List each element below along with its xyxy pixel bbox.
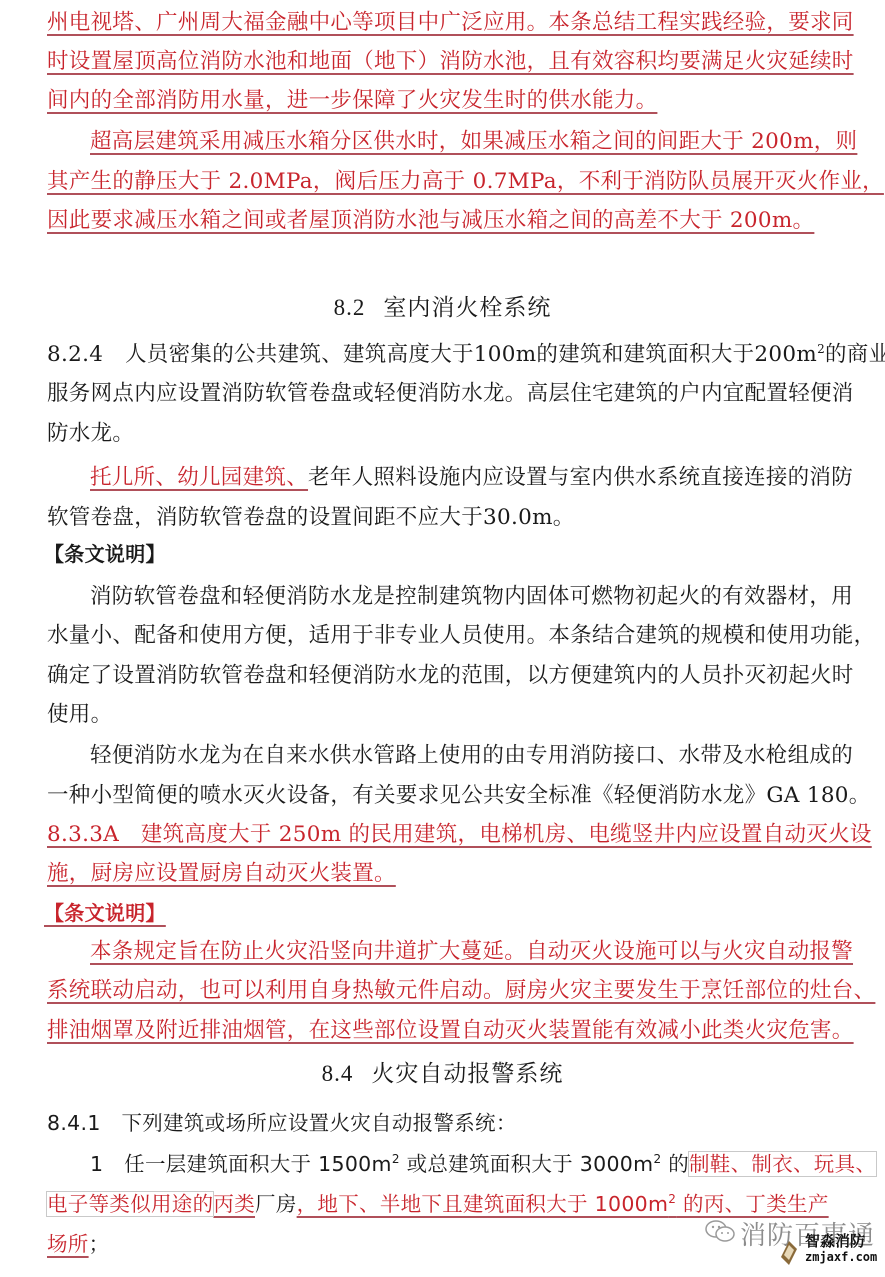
text-line: 消防软管卷盘和轻便消防水龙是控制建筑物内固体可燃物初起火的有效器材，用: [90, 582, 853, 612]
highlighted-text: 托儿所、幼儿园建筑、: [90, 465, 308, 490]
text-line: 软管卷盘，消防软管卷盘的设置间距不应大于30.0m。: [47, 503, 575, 533]
text-line: 使用。: [47, 700, 112, 730]
text-line: 1 任一层建筑面积大于 1500m2 或总建筑面积大于 3000m2 的制鞋、制…: [90, 1149, 876, 1179]
text-run: ；: [89, 1232, 110, 1256]
text-line: 轻便消防水龙为在自来水供水管路上使用的由专用消防接口、水带及水枪组成的: [90, 741, 853, 771]
text-line: 8.2.4 人员密集的公共建筑、建筑高度大于100m的建筑和建筑面积大于200m…: [47, 340, 885, 370]
explanation-label: 【条文说明】: [44, 898, 166, 928]
text-run: 或总建筑面积大于 3000m: [400, 1152, 654, 1176]
section-heading-8-2: 8.2室内消火栓系统: [0, 293, 885, 323]
text-line: 施，厨房应设置厨房自动灭火装置。: [47, 859, 396, 889]
text-run: 厂房: [255, 1192, 297, 1216]
text-run: 的: [661, 1152, 689, 1176]
text-line: 服务网点内应设置消防软管卷盘或轻便消防水龙。高层住宅建筑的户内宜配置轻便消: [47, 379, 854, 409]
text-line: 其产生的静压大于 2.0MPa，阀后压力高于 0.7MPa，不利于消防队员展开灭…: [47, 167, 884, 197]
text-line: 托儿所、幼儿园建筑、老年人照料设施内应设置与室内供水系统直接连接的消防: [90, 463, 853, 493]
text-run: 8.2.4 人员密集的公共建筑、建筑高度大于100m的建筑和建筑面积大于200m: [47, 342, 817, 367]
explanation-label: 【条文说明】: [44, 539, 166, 569]
section-number: 8.4: [322, 1061, 354, 1086]
superscript: 2: [817, 342, 825, 356]
text-line: 因此要求减压水箱之间或者屋顶消防水池与减压水箱之间的高差不大于 200m。: [47, 206, 814, 236]
text-line: 确定了设置消防软管卷盘和轻便消防水龙的范围，以方便建筑内的人员扑灭初起火时: [47, 661, 854, 691]
watermark: 消防百事通 智淼消防 zmjaxf.com: [704, 1213, 879, 1271]
section-number: 8.2: [334, 295, 366, 320]
watermark-brand: 智淼消防: [805, 1230, 865, 1251]
text-run: ，地下、半地下且建筑面积大于 1000m: [297, 1192, 669, 1216]
text-line: 一种小型简便的喷水灭火设备，有关要求见公共安全标准《轻便消防水龙》GA 180。: [47, 781, 871, 811]
highlighted-text: 制鞋、制衣、玩具、: [689, 1152, 876, 1176]
text-line: 8.4.1 下列建筑或场所应设置火灾自动报警系统：: [47, 1108, 517, 1138]
brand-logo-icon: [781, 1241, 797, 1265]
wechat-icon: [704, 1219, 736, 1251]
text-line: 州电视塔、广州周大福金融中心等项目中广泛应用。本条总结工程实践经验，要求同: [47, 8, 854, 38]
superscript: 2: [392, 1152, 400, 1166]
text-line: 时设置屋顶高位消防水池和地面（地下）消防水池，且有效容积均要满足火灾延续时: [47, 47, 854, 77]
text-line: 排油烟罩及附近排油烟管，在这些部位设置自动灭火装置能有效减小此类火灾危害。: [47, 1016, 854, 1046]
text-line: 水量小、配备和使用方便，适用于非专业人员使用。本条结合建筑的规模和使用功能，: [47, 621, 875, 651]
section-heading-8-4: 8.4火灾自动报警系统: [0, 1059, 885, 1089]
text-line: 超高层建筑采用减压水箱分区供水时，如果减压水箱之间的间距大于 200m，则: [90, 127, 857, 157]
text-line: 防水龙。: [47, 419, 134, 449]
watermark-url: zmjaxf.com: [805, 1250, 877, 1264]
section-title: 火灾自动报警系统: [371, 1061, 563, 1087]
text-run: 老年人照料设施内应设置与室内供水系统直接连接的消防: [308, 465, 853, 490]
highlighted-text: 电子等类似用途的: [47, 1192, 213, 1216]
highlighted-text: 场所: [47, 1232, 89, 1256]
text-run: 的商业: [825, 342, 885, 367]
highlighted-text: 丙类: [213, 1192, 255, 1216]
text-line: 本条规定旨在防止火灾沿竖向井道扩大蔓延。自动灭火设施可以与火灾自动报警: [90, 937, 853, 967]
text-line: 间内的全部消防用水量，进一步保障了火灾发生时的供水能力。: [47, 86, 657, 116]
text-run: 1 任一层建筑面积大于 1500m: [90, 1152, 392, 1176]
text-line: 8.3.3A 建筑高度大于 250m 的民用建筑，电梯机房、电缆竖井内应设置自动…: [47, 820, 872, 850]
section-title: 室内消火栓系统: [383, 295, 551, 321]
text-line: 场所；: [47, 1229, 109, 1259]
text-line: 系统联动启动，也可以利用自身热敏元件启动。厨房火灾主要发生于烹饪部位的灶台、: [47, 976, 875, 1006]
